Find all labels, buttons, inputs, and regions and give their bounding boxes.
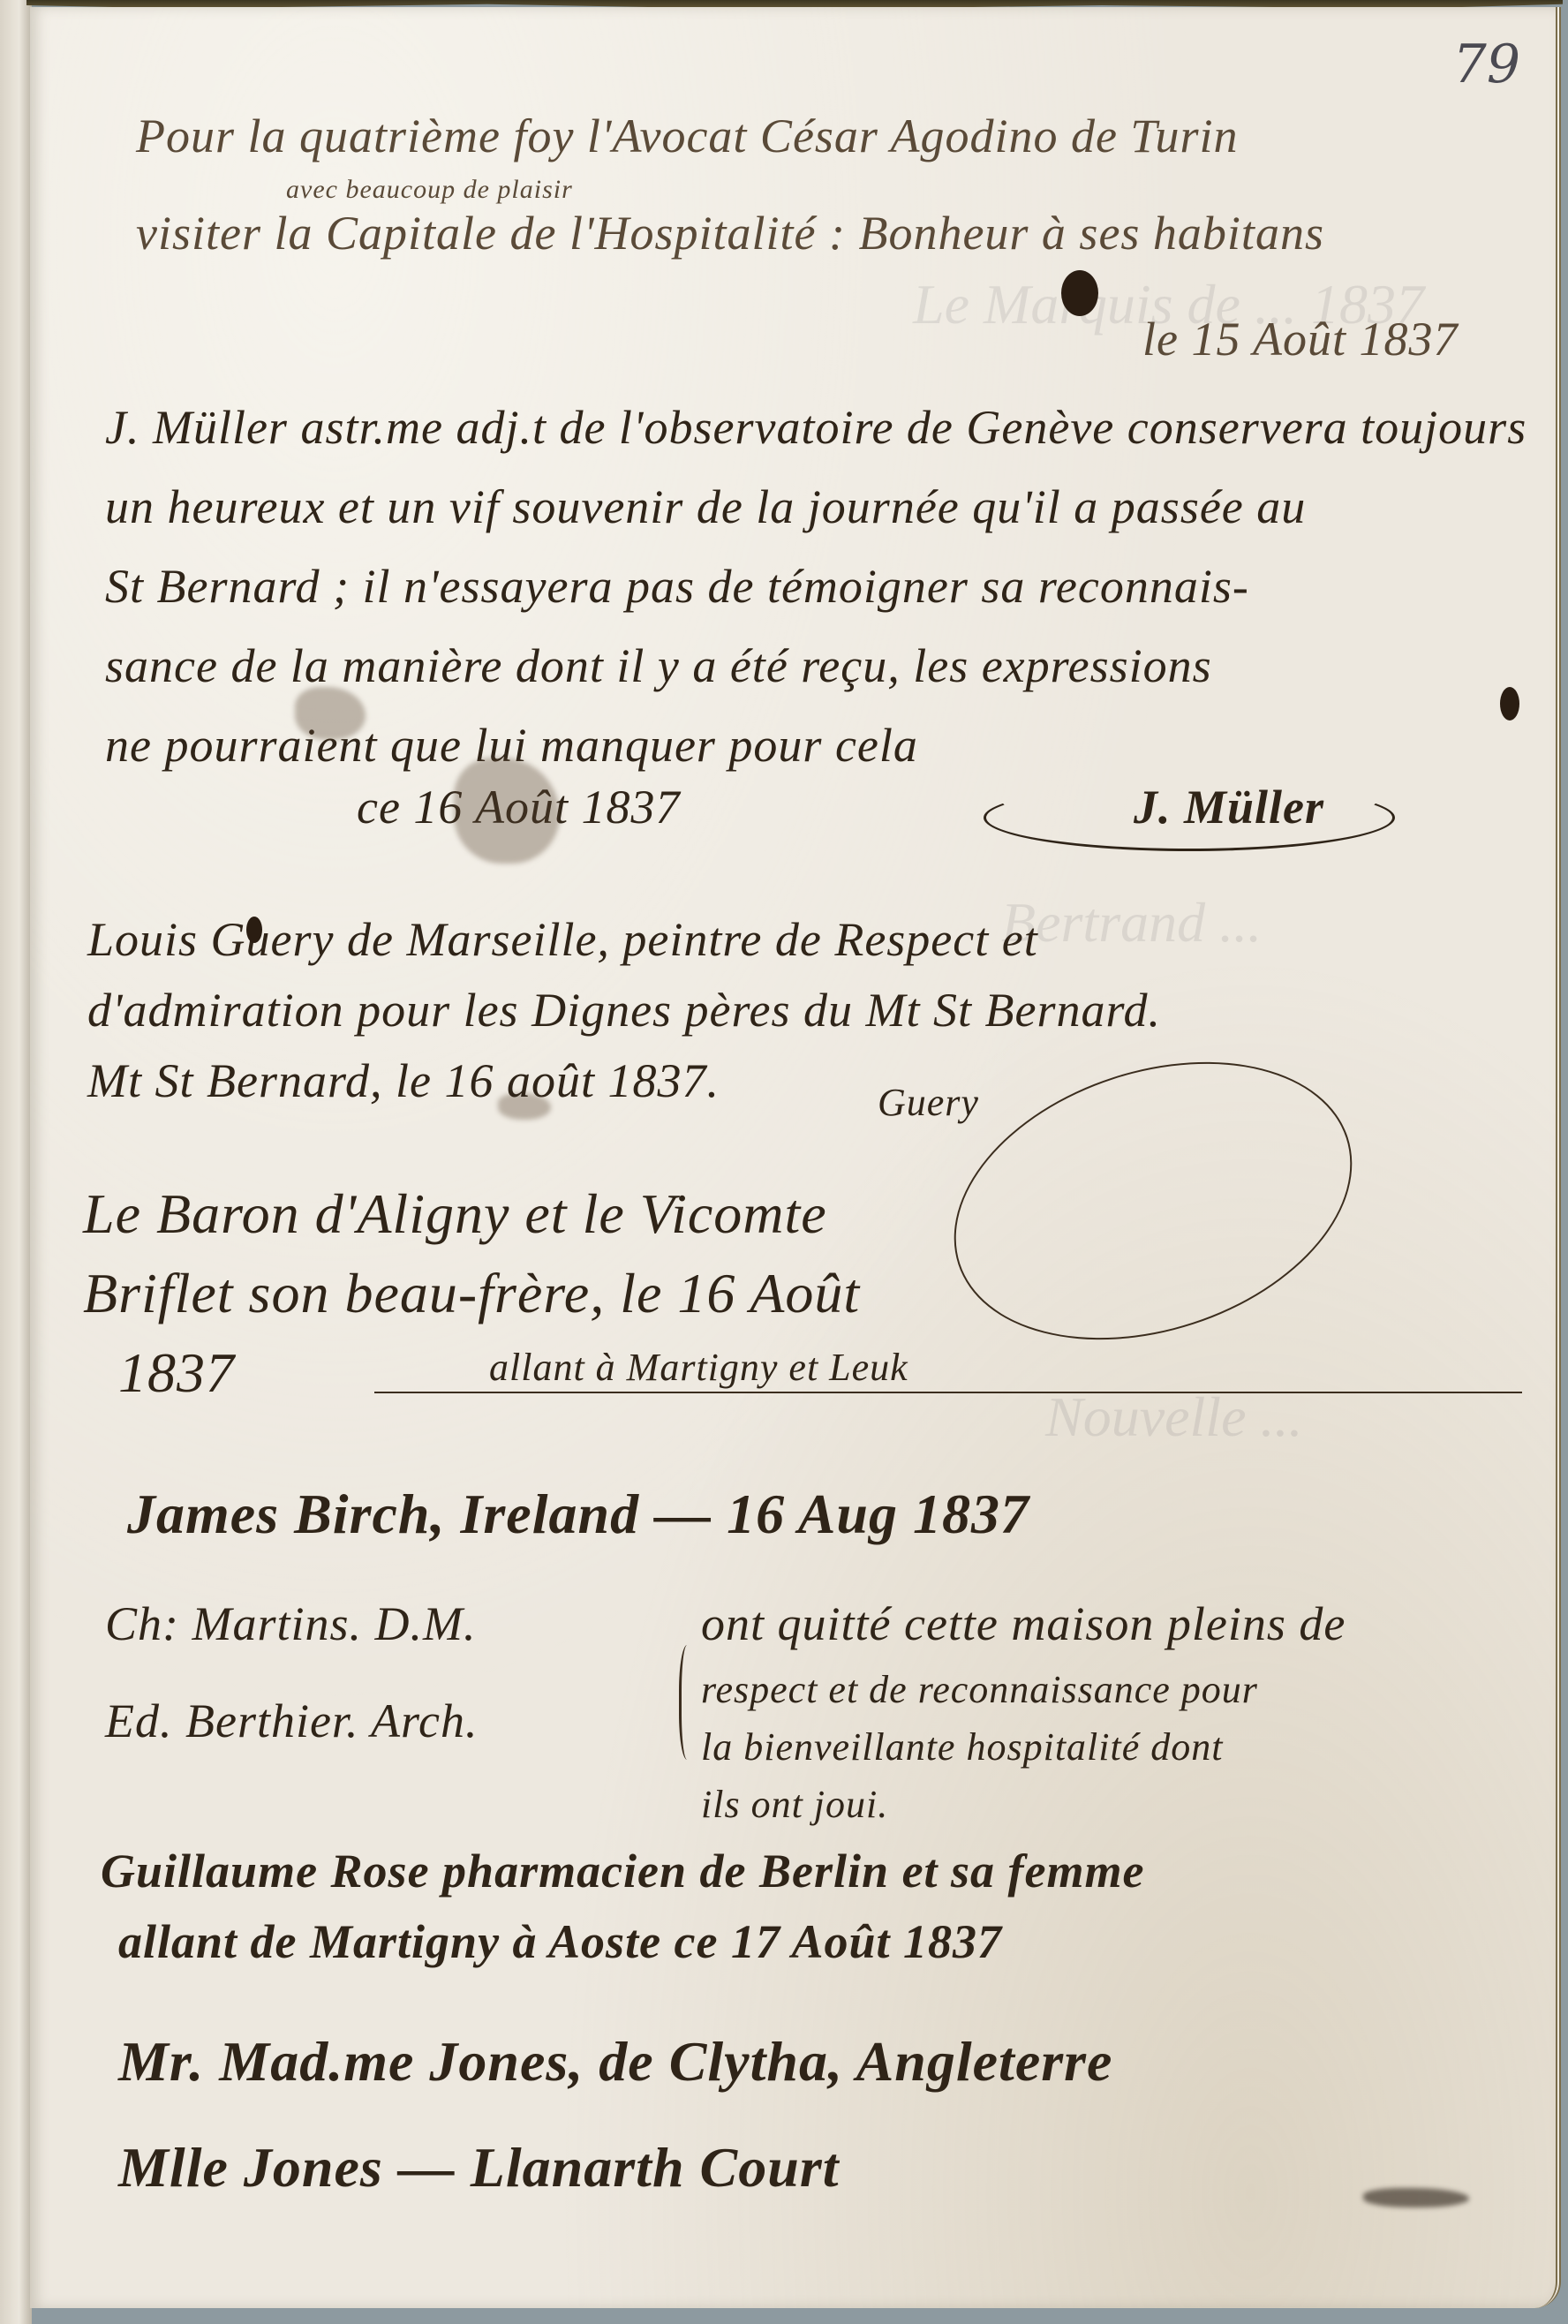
signature-oval-flourish [918, 1015, 1388, 1388]
entry-line: respect et de reconnaissance pour [701, 1667, 1258, 1712]
entry-line: visiter la Capitale de l'Hospitalité : B… [136, 206, 1324, 260]
entry-line: Le Baron d'Aligny et le Vicomte [83, 1181, 827, 1247]
bleed-through-text: Bertrand ... [1001, 890, 1262, 955]
signatory-name: Ch: Martins. D.M. [105, 1596, 477, 1651]
entry-line: 1837 [118, 1340, 235, 1406]
entry-line: St Bernard ; il n'essayera pas de témoig… [105, 559, 1249, 614]
ink-smudge [1363, 2188, 1469, 2207]
bleed-through-text: Nouvelle ... [1045, 1385, 1302, 1450]
signature-flourish [984, 784, 1395, 851]
entry-line: allant de Martigny à Aoste ce 17 Août 18… [118, 1914, 1002, 1969]
entry-line: Pour la quatrième foy l'Avocat César Ago… [136, 109, 1239, 163]
folio-number: 79 [1453, 34, 1520, 95]
entry-line: la bienveillante hospitalité dont [701, 1724, 1223, 1769]
entry-line: d'admiration pour les Dignes pères du Mt… [87, 983, 1161, 1037]
signatory-name: Ed. Berthier. Arch. [105, 1694, 478, 1748]
interlinear-note: avec beaucoup de plaisir [286, 175, 573, 205]
entry-line: un heureux et un vif souvenir de la jour… [105, 479, 1306, 534]
ink-stain [295, 687, 366, 740]
entry-line: Louis Guery de Marseille, peintre de Res… [87, 912, 1038, 967]
ink-stain [454, 758, 560, 864]
entry-line: Mt St Bernard, le 16 août 1837. [87, 1053, 720, 1108]
ink-blot [1061, 270, 1098, 316]
book-spine [0, 0, 32, 2324]
ink-dot [246, 917, 262, 943]
entry-line: Guillaume Rose pharmacien de Berlin et s… [101, 1844, 1144, 1898]
manuscript-page: Le Marquis de ... 1837 Bertrand ... Nouv… [30, 7, 1561, 2308]
entry-line: J. Müller astr.me adj.t de l'observatoir… [105, 400, 1527, 455]
entry-line: ils ont joui. [701, 1782, 888, 1827]
entry-line: Briflet son beau-frère, le 16 Août [83, 1261, 860, 1326]
entry-line: sance de la manière dont il y a été reçu… [105, 638, 1212, 693]
entry-line: James Birch, Ireland — 16 Aug 1837 [127, 1482, 1029, 1547]
entry-line: Mlle Jones — Llanarth Court [118, 2135, 840, 2200]
signature: Guery [878, 1080, 979, 1125]
underlined-note: allant à Martigny et Leuk [489, 1345, 908, 1390]
ink-blot [1500, 687, 1519, 721]
entry-line: ont quitté cette maison pleins de [701, 1596, 1346, 1651]
entry-date: le 15 Août 1837 [1142, 312, 1458, 366]
entry-line: Mr. Mad.me Jones, de Clytha, Angleterre [118, 2029, 1112, 2094]
grouping-brace [679, 1645, 699, 1760]
underline-rule [374, 1392, 1522, 1393]
